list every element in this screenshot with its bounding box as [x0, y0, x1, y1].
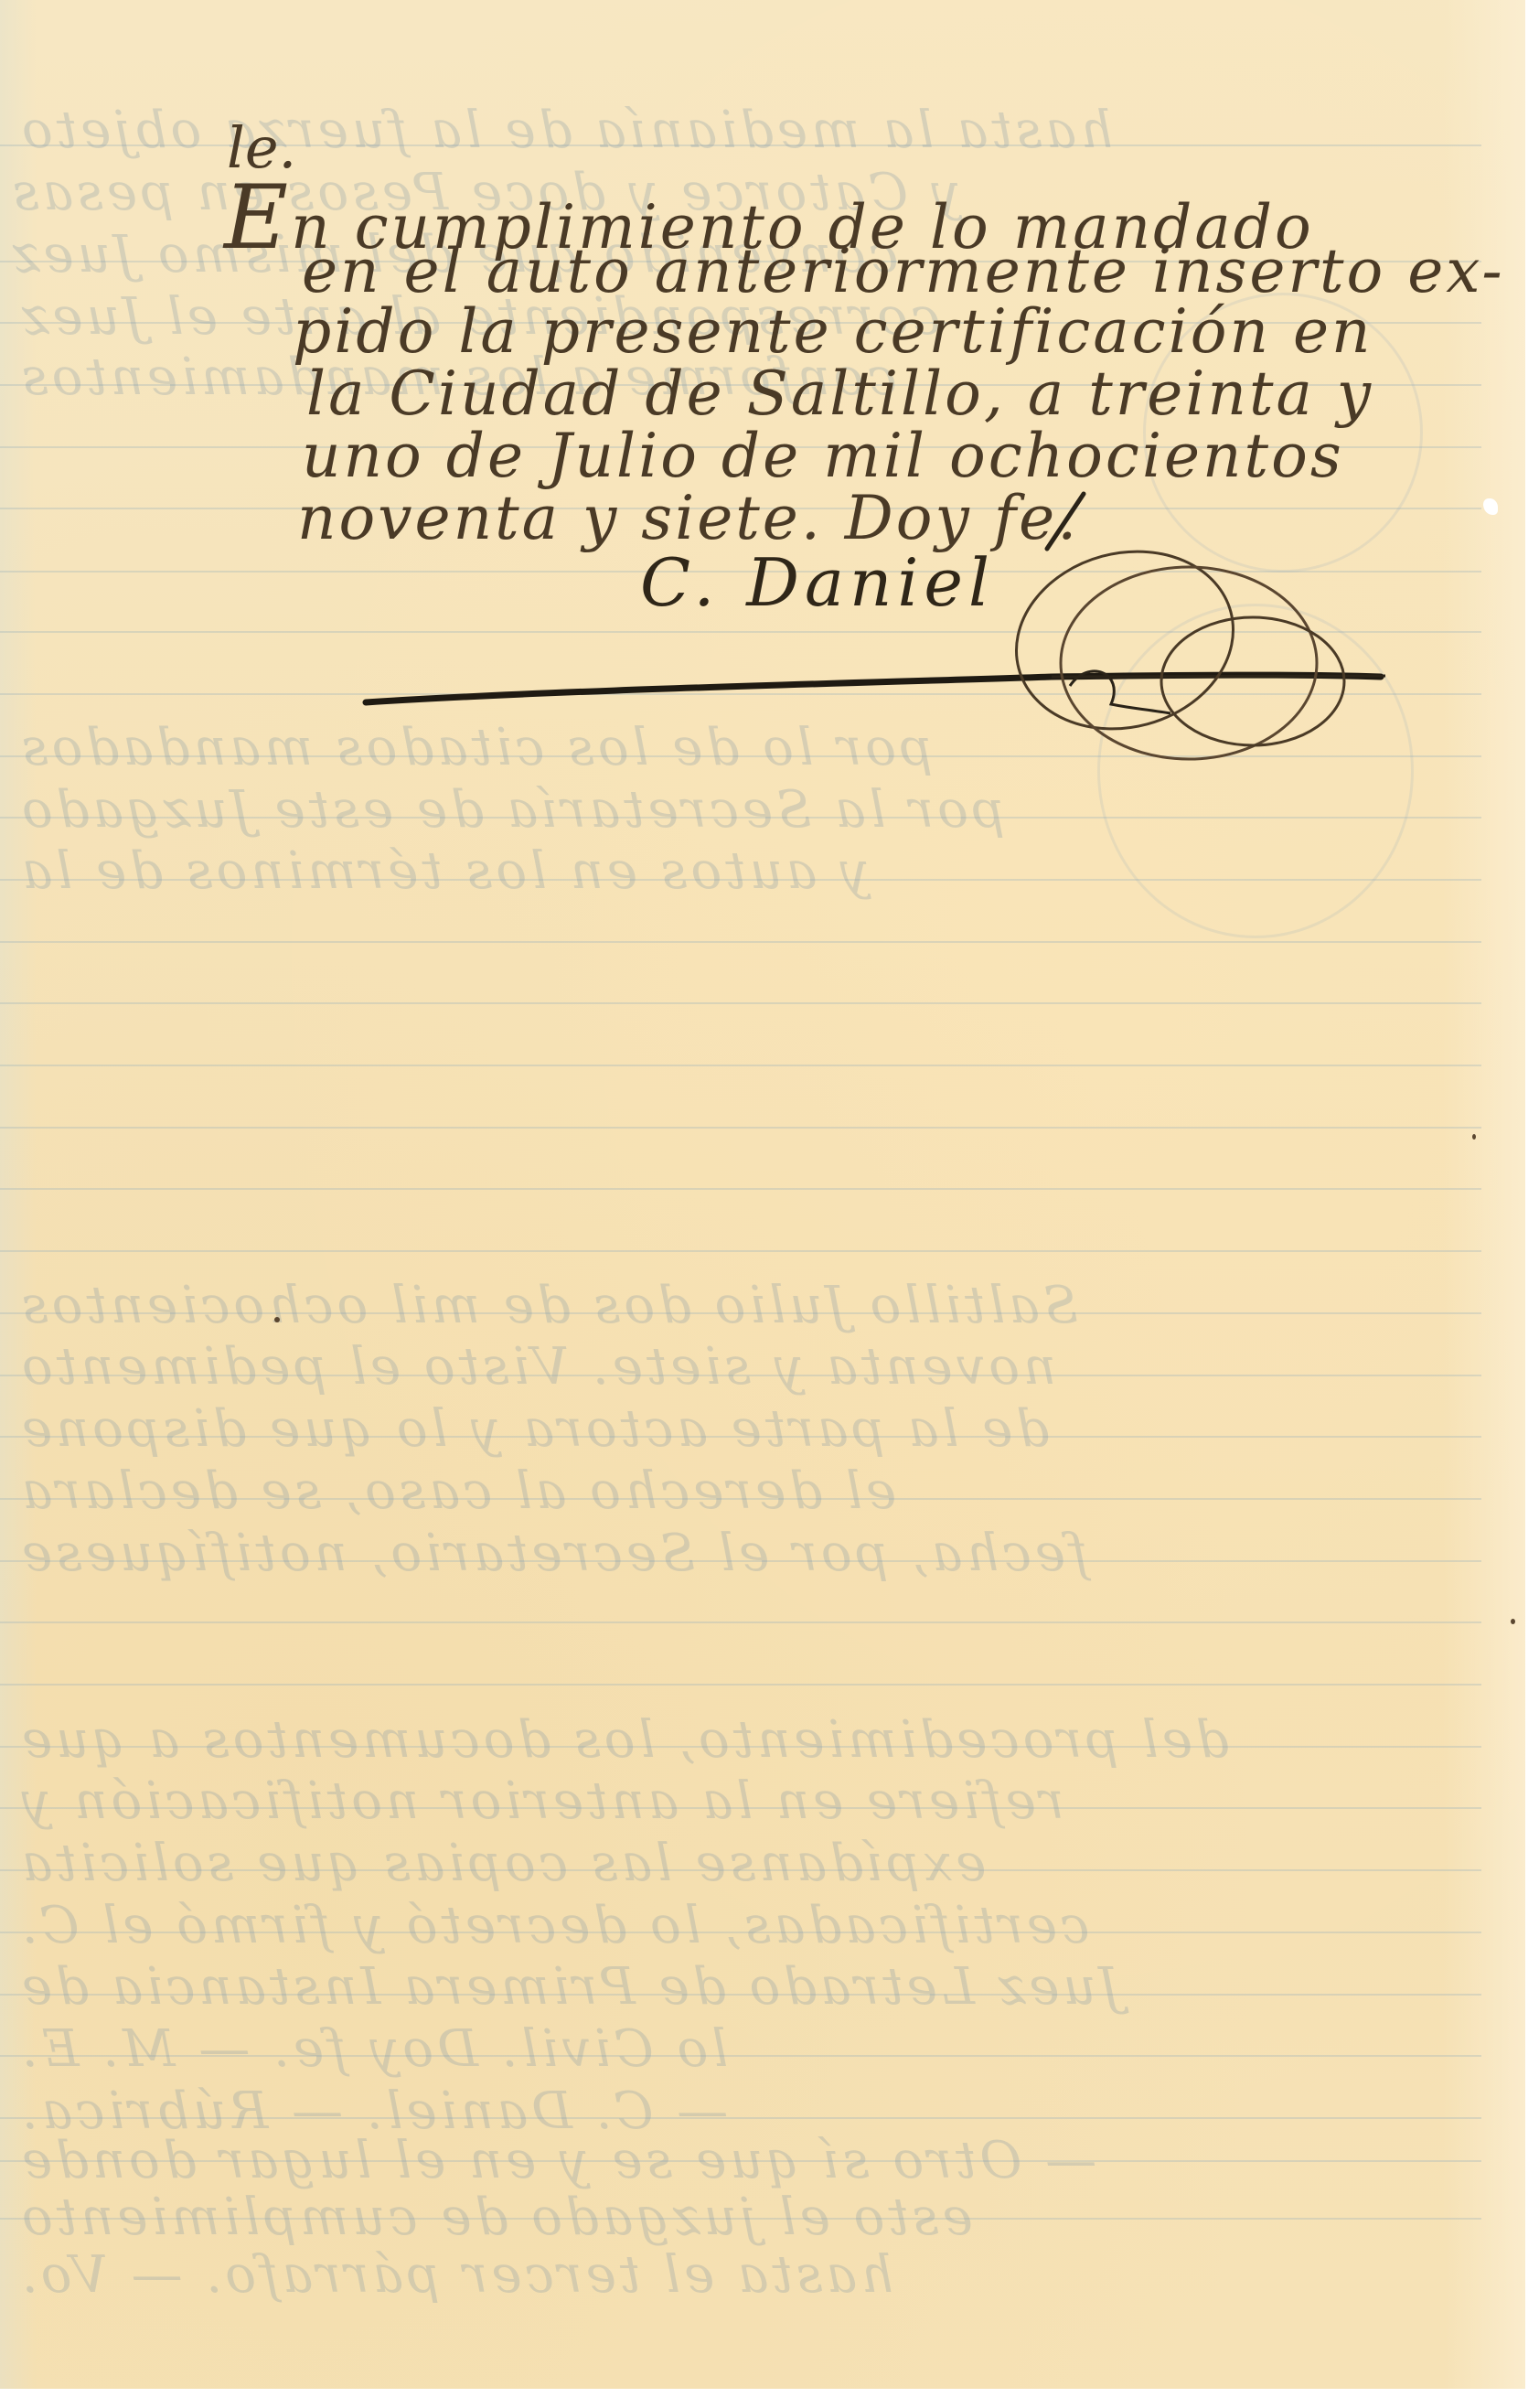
bleed-through-line: fecha, por el Secretario, notifíquese: [18, 1524, 1088, 1583]
bleed-through-line: hasta la medianía de la fuerza objeto: [18, 101, 1113, 160]
bleed-through-line: hasta el tercer párrafo. — Vo.: [18, 2245, 893, 2305]
ruled-line: [0, 1621, 1481, 1623]
paper-speck: [1511, 1619, 1515, 1624]
bleed-through-line: certificadas, lo decretó y firmó el C.: [18, 1896, 1089, 1955]
ruled-line: [0, 1065, 1481, 1066]
text-line-6: noventa y siete. Doy fe.: [297, 483, 1079, 553]
ruled-line: [0, 1250, 1481, 1252]
ruled-line: [0, 941, 1481, 943]
bleed-through-line: por la Secretaría de este Juzgado: [18, 780, 1005, 840]
bleed-through-line: y autos en los términos de la: [18, 841, 870, 901]
bleed-through-line: Juez Letrado de Primera Instancia de: [18, 1957, 1120, 2017]
ruled-line: [0, 1127, 1481, 1129]
document-page: hasta la medianía de la fuerza objeto y …: [0, 0, 1525, 2389]
bleed-through-line: del procedimiento, los documentos a que: [18, 1710, 1229, 1770]
bleed-through-line: refiere en la anterior notificación y: [18, 1771, 1064, 1831]
text-line-5: uno de Julio de mil ochocientos: [302, 421, 1344, 491]
text-line-4: la Ciudad de Saltillo, a treinta y: [306, 359, 1373, 429]
bleed-through-line: Saltillo Julio dos de mil ochocientos: [18, 1276, 1078, 1335]
bleed-through-line: — Otro sí que se y en el lugar donde: [18, 2131, 1096, 2190]
signature-name: C. Daniel: [640, 544, 995, 621]
bleed-through-line: por lo de los citados mandados: [18, 718, 933, 777]
bleed-through-line: el derecho al caso, se declara: [18, 1461, 896, 1521]
bleed-through-line: expídanse las copias que solicita: [18, 1834, 986, 1893]
paper-edge-right: [1443, 0, 1525, 2389]
ruled-line: [0, 1684, 1481, 1686]
bleed-through-line: de la parte actora y lo que dispone: [18, 1399, 1049, 1459]
paper-speck: [1472, 1134, 1476, 1140]
text-line-3: pido la presente certificación en: [293, 296, 1373, 367]
ruled-line: [0, 1188, 1481, 1190]
bleed-through-line: esto el juzgado de cumplimiento: [18, 2188, 973, 2247]
paper-speck: [274, 1317, 280, 1322]
bleed-through-stamp: [1097, 604, 1414, 938]
bleed-through-line: noventa y siete. Visto el pedimento: [18, 1337, 1056, 1397]
ruled-line: [0, 1002, 1481, 1004]
bleed-through-line: lo Civil. Doy fe. — M. E.: [18, 2019, 728, 2079]
